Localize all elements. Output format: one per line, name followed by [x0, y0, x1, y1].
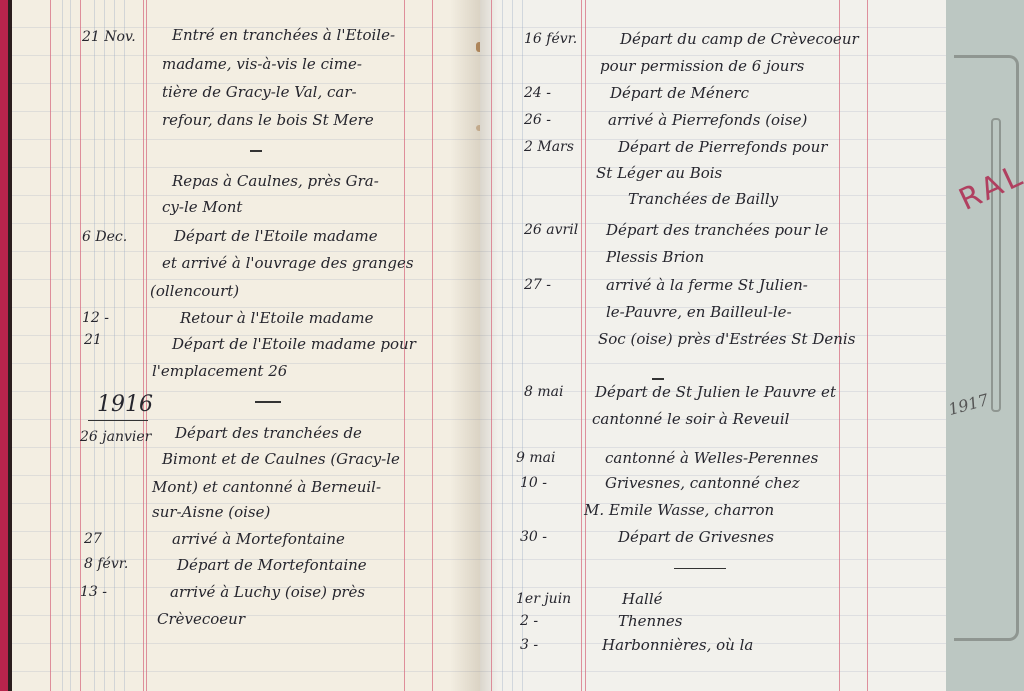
entry-line: Thennes [618, 614, 682, 629]
entry-date: 2 - [520, 614, 538, 628]
entry-date: 24 - [524, 86, 551, 100]
entry-line: refour, dans le bois St Mere [162, 113, 374, 128]
entry-line: arrivé à Mortefontaine [172, 532, 345, 547]
entry-line: Départ de Ménerc [610, 86, 749, 101]
margin-line [585, 0, 586, 691]
entry-date: 3 - [520, 638, 538, 652]
entry-date: 21 [84, 333, 102, 347]
entry-date: 2 Mars [524, 140, 574, 154]
separator-line [674, 568, 726, 569]
entry-line: Départ de Grivesnes [618, 530, 774, 545]
year-heading: 1916 [97, 394, 153, 416]
entry-line: Hallé [622, 592, 663, 607]
year-underline [88, 420, 148, 421]
margin-line [143, 0, 144, 691]
entry-line: Grivesnes, cantonné chez [605, 476, 800, 491]
ruling-line [62, 0, 63, 691]
separator-dash [255, 401, 281, 403]
entry-line: Bimont et de Caulnes (Gracy-le [162, 452, 400, 467]
entry-line: Soc (oise) près d'Estrées St Denis [598, 332, 855, 347]
entry-date: 26 avril [524, 223, 578, 237]
margin-line [146, 0, 147, 691]
entry-line: Départ de Mortefontaine [177, 558, 367, 573]
entry-line: Crèvecoeur [157, 612, 245, 627]
entry-date: 30 - [520, 530, 547, 544]
entry-date: 8 févr. [84, 557, 128, 571]
ruling-line [70, 0, 71, 691]
entry-line: arrivé à Pierrefonds (oise) [608, 113, 807, 128]
entry-line: Départ de l'Etoile madame [174, 229, 378, 244]
separator-dash [250, 150, 262, 152]
entry-line: arrivé à Luchy (oise) près [170, 585, 365, 600]
margin-line [491, 0, 492, 691]
entry-line: Départ des tranchées pour le [606, 223, 828, 238]
entry-line: Repas à Caulnes, près Gra- [172, 174, 379, 189]
entry-line: cy-le Mont [162, 200, 242, 215]
entry-line: le-Pauvre, en Bailleul-le- [606, 305, 792, 320]
notebook-cover-edge-left [0, 0, 8, 691]
entry-line: l'emplacement 26 [152, 364, 287, 379]
cover-ornament-bar [991, 118, 1001, 412]
entry-line: Départ de l'Etoile madame pour [172, 337, 416, 352]
entry-line: Départ de St Julien le Pauvre et [595, 385, 836, 400]
entry-date: 16 févr. [524, 32, 577, 46]
cover-ornament-frame [954, 55, 1019, 641]
left-page: 21 Nov. 6 Dec. 12 - 21 1916 26 janvier 2… [12, 0, 480, 691]
entry-line: madame, vis-à-vis le cime- [162, 57, 362, 72]
entry-date: 10 - [520, 476, 547, 490]
ruling-line [114, 0, 115, 691]
ruling-line [522, 0, 523, 691]
entry-line: sur-Aisne (oise) [152, 505, 270, 520]
entry-date: 13 - [80, 585, 107, 599]
gutter-shadow [450, 0, 480, 691]
entry-line: cantonné le soir à Reveuil [592, 412, 789, 427]
entry-line: Départ de Pierrefonds pour [618, 140, 827, 155]
entry-line: pour permission de 6 jours [600, 59, 804, 74]
entry-line: Entré en tranchées à l'Etoile- [172, 28, 395, 43]
entry-line: Départ du camp de Crèvecoeur [620, 32, 859, 47]
entry-date: 27 - [524, 278, 551, 292]
right-page: 16 févr. 24 - 26 - 2 Mars 26 avril 27 - … [480, 0, 950, 691]
entry-line: tière de Gracy-le Val, car- [162, 85, 357, 100]
entry-line: cantonné à Welles-Perennes [605, 451, 818, 466]
entry-line: Plessis Brion [606, 250, 704, 265]
entry-line: Retour à l'Etoile madame [180, 311, 374, 326]
entry-date: 26 janvier [80, 430, 151, 444]
entry-date: 21 Nov. [82, 30, 136, 44]
margin-line [432, 0, 433, 691]
ruling-line [502, 0, 503, 691]
margin-line [867, 0, 868, 691]
entry-line: Harbonnières, où la [602, 638, 753, 653]
margin-line [581, 0, 582, 691]
entry-date: 9 mai [516, 451, 555, 465]
entry-line: St Léger au Bois [596, 166, 722, 181]
entry-line: Mont) et cantonné à Berneuil- [152, 480, 381, 495]
entry-date: 8 mai [524, 385, 563, 399]
entry-line: Tranchées de Bailly [628, 192, 778, 207]
entry-date: 27 [84, 532, 102, 546]
separator-dash [652, 378, 664, 380]
ruling-line [124, 0, 125, 691]
gutter-shadow [480, 0, 498, 691]
entry-line: Départ des tranchées de [175, 426, 362, 441]
ruling-line [512, 0, 513, 691]
entry-date: 6 Dec. [82, 230, 127, 244]
notebook-cover: RAL 1917 [946, 0, 1024, 691]
entry-date: 12 - [82, 311, 109, 325]
entry-date: 26 - [524, 113, 551, 127]
margin-line [50, 0, 51, 691]
entry-date: 1er juin [516, 592, 571, 606]
entry-line: arrivé à la ferme St Julien- [606, 278, 808, 293]
entry-line: (ollencourt) [150, 284, 239, 299]
entry-line: M. Emile Wasse, charron [584, 503, 774, 518]
entry-line: et arrivé à l'ouvrage des granges [162, 256, 414, 271]
